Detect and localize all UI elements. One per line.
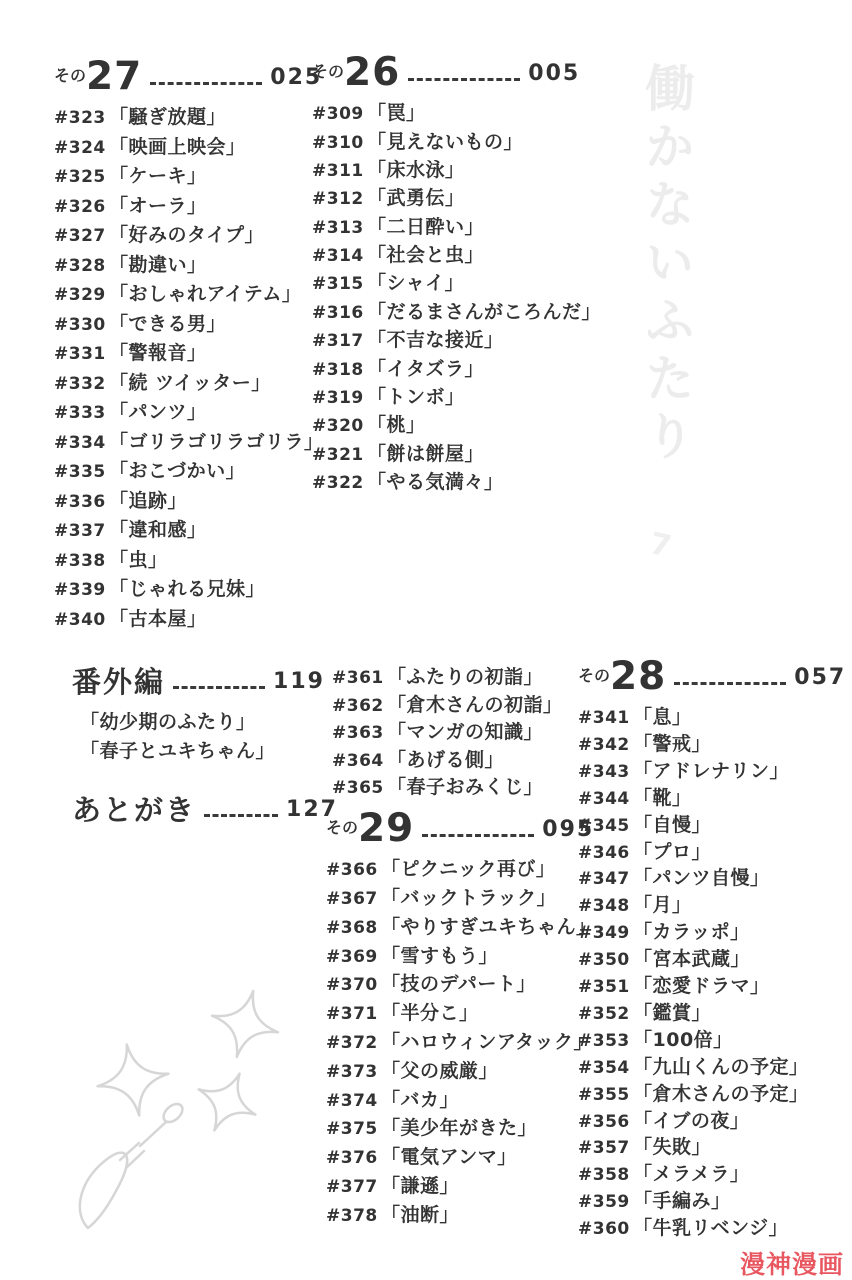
episode-row: #364 「あげる側」	[332, 745, 563, 773]
episode-row: #374 「バカ」	[326, 1085, 596, 1114]
episode-title: 「パンツ」	[109, 397, 207, 424]
shuriken-star-icon	[186, 1061, 268, 1143]
episode-row: #317 「不吉な接近」	[312, 325, 601, 353]
episode-row: #318 「イタズラ」	[312, 354, 601, 382]
episode-row: #332 「続 ツイッター」	[54, 368, 324, 398]
episode-row: #338 「虫」	[54, 545, 324, 575]
episode-title: 「虫」	[109, 545, 168, 572]
episode-number: #340	[54, 610, 109, 630]
episode-number: #312	[312, 189, 367, 209]
episode-title: 「オーラ」	[109, 191, 207, 218]
section-header: 番外編119	[72, 668, 325, 697]
chapter-number: 28	[610, 660, 666, 693]
episode-list: #366 「ピクニック再び」 #367 「バックトラック」 #368 「やりすぎ…	[326, 854, 596, 1228]
episode-number: #333	[54, 403, 109, 423]
section-header: その29095	[326, 812, 596, 845]
episode-number: #365	[332, 778, 387, 798]
episode-title: 「電気アンマ」	[381, 1142, 517, 1169]
episode-number: #368	[326, 918, 381, 938]
episode-title: 「ケーキ」	[109, 161, 207, 188]
episode-title: 「警報音」	[109, 338, 207, 365]
chapter-number: 29	[358, 812, 414, 845]
episode-title: 「バックトラック」	[381, 883, 556, 910]
dotted-leader	[204, 802, 278, 817]
episode-title: 「おしゃれアイテム」	[109, 279, 301, 306]
episode-title: 「美少年がきた」	[381, 1113, 537, 1140]
toc-page: 働かないふたり 7 その27025 #323 「騒ぎ放題」 #324 「映画上映…	[0, 0, 852, 1280]
episode-number: #314	[312, 246, 367, 266]
episode-number: #371	[326, 1004, 381, 1024]
episode-row: #330 「できる男」	[54, 309, 324, 339]
episode-number: #313	[312, 218, 367, 238]
episode-title: 「ピクニック再び」	[381, 854, 555, 881]
episode-row: #370 「技のデパート」	[326, 969, 596, 998]
episode-row: #361 「ふたりの初詣」	[332, 662, 563, 690]
episode-row: #354 「九山くんの予定」	[578, 1052, 846, 1079]
episode-row: #341 「息」	[578, 702, 846, 729]
episode-row: #345 「自慢」	[578, 810, 846, 837]
extras-page-number: 119	[273, 669, 325, 697]
episode-number: #367	[326, 889, 381, 909]
episode-number: #360	[578, 1219, 633, 1239]
episode-number: #318	[312, 360, 367, 380]
episode-row: #315 「シャイ」	[312, 268, 601, 296]
episode-number: #369	[326, 947, 381, 967]
extras-list: 「幼少期のふたり」 「春子とユキちゃん」	[80, 707, 325, 765]
section-chapter-26: その26005 #309 「罠」 #310 「見えないもの」 #311 「床水泳…	[312, 56, 601, 496]
episode-title: 「やりすぎユキちゃん」	[381, 912, 596, 939]
episode-number: #363	[332, 723, 387, 743]
episode-row: #313 「二日酔い」	[312, 212, 601, 240]
episode-number: #374	[326, 1091, 381, 1111]
episode-row: #328 「勘違い」	[54, 250, 324, 280]
episode-list: #309 「罠」 #310 「見えないもの」 #311 「床水泳」 #312 「…	[312, 98, 601, 495]
episode-title: 「自慢」	[633, 810, 711, 837]
episode-row: #356 「イブの夜」	[578, 1106, 846, 1133]
episode-title: 「イタズラ」	[367, 354, 484, 381]
episode-number: #310	[312, 133, 367, 153]
episode-number: #324	[54, 138, 109, 158]
episode-number: #329	[54, 285, 109, 305]
episode-number: #341	[578, 708, 633, 728]
episode-row: #375 「美少年がきた」	[326, 1113, 596, 1142]
episode-row: #327 「好みのタイプ」	[54, 220, 324, 250]
chapter-prefix: その	[312, 59, 344, 89]
episode-number: #315	[312, 274, 367, 294]
episode-number: #346	[578, 843, 633, 863]
episode-row: #326 「オーラ」	[54, 191, 324, 221]
episode-row: #311 「床水泳」	[312, 155, 601, 183]
episode-title: 「アドレナリン」	[633, 756, 789, 783]
episode-number: #356	[578, 1112, 633, 1132]
episode-title: 「靴」	[633, 783, 692, 810]
episode-title: 「騒ぎ放題」	[109, 102, 226, 129]
episode-title: 「マンガの知識」	[387, 717, 543, 744]
chapter-number: 27	[86, 60, 142, 93]
episode-title: 「カラッポ」	[633, 917, 750, 944]
episode-number: #322	[312, 473, 367, 493]
episode-number: #358	[578, 1165, 633, 1185]
episode-row: #352 「鑑賞」	[578, 998, 846, 1025]
dotted-leader	[173, 674, 265, 689]
section-extras: 番外編119 「幼少期のふたり」 「春子とユキちゃん」	[72, 668, 325, 765]
series-title-watermark: 働かないふたり	[630, 62, 702, 532]
episode-number: #359	[578, 1192, 633, 1212]
episode-number: #370	[326, 975, 381, 995]
episode-number: #309	[312, 104, 367, 124]
episode-title: 「映画上映会」	[109, 132, 246, 159]
episode-title: 「倉木さんの初詣」	[387, 690, 563, 717]
episode-list: #341 「息」 #342 「警戒」 #343 「アドレナリン」 #344 「靴…	[578, 702, 846, 1240]
episode-title: 「床水泳」	[367, 155, 465, 182]
episode-title: 「ハロウィンアタック」	[381, 1027, 593, 1054]
episode-title: 「追跡」	[109, 486, 187, 513]
episode-row: #323 「騒ぎ放題」	[54, 102, 324, 132]
episode-number: #337	[54, 521, 109, 541]
episode-number: #328	[54, 256, 109, 276]
episode-number: #334	[54, 433, 109, 453]
episode-title: 「あげる側」	[387, 745, 504, 772]
episode-number: #319	[312, 388, 367, 408]
episode-row: #373 「父の威厳」	[326, 1056, 596, 1085]
episode-row: #363 「マンガの知識」	[332, 717, 563, 745]
episode-number: #311	[312, 161, 367, 181]
episode-number: #372	[326, 1033, 381, 1053]
episode-row: #333 「パンツ」	[54, 397, 324, 427]
episode-title: 「九山くんの予定」	[633, 1052, 809, 1079]
episode-title: 「油断」	[381, 1200, 459, 1227]
episode-number: #325	[54, 167, 109, 187]
episode-row: #365 「春子おみくじ」	[332, 772, 563, 800]
episode-row: #368 「やりすぎユキちゃん」	[326, 912, 596, 941]
episode-row: #346 「プロ」	[578, 837, 846, 864]
episode-row: #347 「パンツ自慢」	[578, 863, 846, 890]
chapter-prefix: その	[54, 63, 86, 93]
episode-row: #367 「バックトラック」	[326, 883, 596, 912]
episode-number: #366	[326, 860, 381, 880]
episode-title: 「続 ツイッター」	[109, 368, 271, 395]
episode-title: 「好みのタイプ」	[109, 220, 264, 247]
episode-number: #326	[54, 197, 109, 217]
episode-title: 「じゃれる兄妹」	[109, 574, 265, 601]
episode-title: 「トンボ」	[367, 382, 465, 409]
episode-title: 「イブの夜」	[633, 1106, 749, 1133]
shuriken-star-icon	[91, 1038, 174, 1121]
extras-item-title: 「幼少期のふたり」	[80, 707, 325, 736]
episode-row: #312 「武勇伝」	[312, 183, 601, 211]
episode-row: #337 「違和感」	[54, 515, 324, 545]
episode-number: #376	[326, 1148, 381, 1168]
episode-title: 「餅は餅屋」	[367, 439, 484, 466]
episode-number: #350	[578, 950, 633, 970]
kunai-knife-icon	[80, 1100, 186, 1228]
episode-row: #339 「じゃれる兄妹」	[54, 574, 324, 604]
episode-title: 「鑑賞」	[633, 998, 711, 1025]
episode-title: 「違和感」	[109, 515, 207, 542]
episode-title: 「おこづかい」	[109, 456, 245, 483]
episode-row: #319 「トンボ」	[312, 382, 601, 410]
episode-title: 「月」	[633, 890, 692, 917]
episode-number: #338	[54, 551, 109, 571]
episode-row: #324 「映画上映会」	[54, 132, 324, 162]
episode-number: #332	[54, 374, 109, 394]
episode-row: #329 「おしゃれアイテム」	[54, 279, 324, 309]
chapter-number: 26	[344, 56, 400, 89]
episode-row: #348 「月」	[578, 890, 846, 917]
episode-row: #331 「警報音」	[54, 338, 324, 368]
episode-number: #349	[578, 923, 633, 943]
episode-number: #351	[578, 977, 633, 997]
episode-title: 「手編み」	[633, 1186, 731, 1213]
episode-number: #361	[332, 668, 387, 688]
episode-title: 「謙遜」	[381, 1171, 459, 1198]
episode-row: #349 「カラッポ」	[578, 917, 846, 944]
episode-title: 「見えないもの」	[367, 127, 523, 154]
episode-list: #323 「騒ぎ放題」 #324 「映画上映会」 #325 「ケーキ」 #326…	[54, 102, 324, 633]
episode-row: #321 「餅は餅屋」	[312, 439, 601, 467]
episode-row: #320 「桃」	[312, 410, 601, 438]
episode-number: #342	[578, 735, 633, 755]
episode-title: 「だるまさんがころんだ」	[367, 297, 601, 324]
episode-number: #348	[578, 896, 633, 916]
episode-title: 「半分こ」	[381, 998, 479, 1025]
episode-row: #350 「宮本武蔵」	[578, 944, 846, 971]
episode-title: 「パンツ自慢」	[633, 863, 770, 890]
episode-number: #330	[54, 315, 109, 335]
episode-title: 「ゴリラゴリラゴリラ」	[109, 427, 324, 454]
episode-title: 「牛乳リベンジ」	[633, 1213, 788, 1240]
episode-row: #322 「やる気満々」	[312, 467, 601, 495]
episode-row: #358 「メラメラ」	[578, 1159, 846, 1186]
section-chapter-27: その27025 #323 「騒ぎ放題」 #324 「映画上映会」 #325 「ケ…	[54, 60, 324, 633]
episode-number: #345	[578, 816, 633, 836]
episode-title: 「古本屋」	[109, 604, 207, 631]
episode-row: #325 「ケーキ」	[54, 161, 324, 191]
episode-title: 「ふたりの初詣」	[387, 662, 543, 689]
episode-number: #331	[54, 344, 109, 364]
episode-row: #359 「手編み」	[578, 1186, 846, 1213]
episode-title: 「シャイ」	[367, 268, 464, 295]
episode-title: 「罠」	[367, 98, 426, 125]
episode-title: 「できる男」	[109, 309, 226, 336]
section-header: その28057	[578, 660, 846, 693]
episode-row: #372 「ハロウィンアタック」	[326, 1027, 596, 1056]
episode-title: 「勘違い」	[109, 250, 207, 277]
chapter-prefix: その	[578, 663, 610, 693]
section-header: あとがき127	[72, 796, 338, 825]
chapter-page-number: 005	[528, 61, 580, 89]
episode-row: #362 「倉木さんの初詣」	[332, 690, 563, 718]
episode-title: 「春子おみくじ」	[387, 772, 543, 799]
episode-row: #314 「社会と虫」	[312, 240, 601, 268]
chapter-prefix: その	[326, 815, 358, 845]
episode-row: #377 「謙遜」	[326, 1171, 596, 1200]
section-afterword: あとがき127	[72, 796, 338, 825]
episode-title: 「父の威厳」	[381, 1056, 498, 1083]
episode-title: 「息」	[633, 702, 692, 729]
doodles-svg	[60, 952, 320, 1242]
episode-row: #378 「油断」	[326, 1200, 596, 1229]
episode-title: 「武勇伝」	[367, 183, 465, 210]
dotted-leader	[422, 822, 534, 837]
extras-title: 番外編	[72, 668, 165, 697]
shuriken-star-icon	[204, 983, 286, 1065]
episode-number: #321	[312, 445, 367, 465]
dotted-leader	[150, 70, 262, 85]
episode-row: #357 「失敗」	[578, 1132, 846, 1159]
episode-row: #376 「電気アンマ」	[326, 1142, 596, 1171]
episode-title: 「技のデパート」	[381, 969, 536, 996]
episode-title: 「倉木さんの予定」	[633, 1079, 809, 1106]
episode-number: #320	[312, 416, 367, 436]
episode-number: #355	[578, 1085, 633, 1105]
episode-row: #351 「恋愛ドラマ」	[578, 971, 846, 998]
episode-number: #375	[326, 1119, 381, 1139]
episode-number: #352	[578, 1004, 633, 1024]
section-chapter-28: その28057 #341 「息」 #342 「警戒」 #343 「アドレナリン」	[578, 660, 846, 1240]
episode-title: 「恋愛ドラマ」	[633, 971, 770, 998]
doodle-sketch-group	[60, 952, 320, 1242]
afterword-title: あとがき	[72, 796, 196, 825]
episode-row: #309 「罠」	[312, 98, 601, 126]
episode-row: #340 「古本屋」	[54, 604, 324, 634]
episode-row: #316 「だるまさんがころんだ」	[312, 297, 601, 325]
extras-item-title: 「春子とユキちゃん」	[80, 736, 325, 765]
episode-number: #335	[54, 462, 109, 482]
dotted-leader	[674, 670, 786, 685]
episode-title: 「二日酔い」	[367, 212, 484, 239]
episode-title: 「プロ」	[633, 837, 711, 864]
episode-row: #334 「ゴリラゴリラゴリラ」	[54, 427, 324, 457]
episode-number: #353	[578, 1031, 633, 1051]
episode-title: 「不吉な接近」	[367, 325, 504, 352]
episode-row: #366 「ピクニック再び」	[326, 854, 596, 883]
episode-title: 「宮本武蔵」	[633, 944, 750, 971]
episode-title: 「警戒」	[633, 729, 711, 756]
episode-number: #344	[578, 789, 633, 809]
episode-title: 「社会と虫」	[367, 240, 484, 267]
episode-title: 「雪すもう」	[381, 941, 498, 968]
section-header: その26005	[312, 56, 601, 89]
section-chapter-28-continued: #361 「ふたりの初詣」 #362 「倉木さんの初詣」 #363 「マンガの知…	[332, 662, 563, 800]
episode-number: #354	[578, 1058, 633, 1078]
episode-row: #310 「見えないもの」	[312, 127, 601, 155]
episode-number: #339	[54, 580, 109, 600]
episode-number: #316	[312, 303, 367, 323]
episode-number: #317	[312, 331, 367, 351]
episode-row: #355 「倉木さんの予定」	[578, 1079, 846, 1106]
chapter-page-number: 057	[794, 665, 846, 693]
episode-row: #344 「靴」	[578, 783, 846, 810]
episode-title: 「バカ」	[381, 1085, 459, 1112]
episode-number: #377	[326, 1177, 381, 1197]
episode-number: #362	[332, 696, 387, 716]
episode-title: 「失敗」	[633, 1132, 711, 1159]
section-chapter-29: その29095 #366 「ピクニック再び」 #367 「バックトラック」 #3…	[326, 812, 596, 1229]
episode-title: 「メラメラ」	[633, 1159, 749, 1186]
episode-number: #373	[326, 1062, 381, 1082]
episode-number: #343	[578, 762, 633, 782]
episode-row: #360 「牛乳リベンジ」	[578, 1213, 846, 1240]
episode-row: #343 「アドレナリン」	[578, 756, 846, 783]
section-header: その27025	[54, 60, 324, 93]
episode-row: #353 「100倍」	[578, 1025, 846, 1052]
episode-list: #361 「ふたりの初詣」 #362 「倉木さんの初詣」 #363 「マンガの知…	[332, 662, 563, 800]
episode-number: #357	[578, 1138, 633, 1158]
episode-number: #378	[326, 1206, 381, 1226]
dotted-leader	[408, 66, 520, 81]
episode-number: #364	[332, 751, 387, 771]
episode-row: #369 「雪すもう」	[326, 941, 596, 970]
episode-row: #335 「おこづかい」	[54, 456, 324, 486]
episode-number: #347	[578, 869, 633, 889]
episode-title: 「100倍」	[633, 1025, 733, 1052]
episode-title: 「桃」	[367, 410, 426, 437]
episode-number: #336	[54, 492, 109, 512]
episode-number: #327	[54, 226, 109, 246]
episode-row: #342 「警戒」	[578, 729, 846, 756]
episode-number: #323	[54, 108, 109, 128]
episode-row: #336 「追跡」	[54, 486, 324, 516]
publisher-watermark: 漫神漫画	[740, 1245, 844, 1280]
episode-row: #371 「半分こ」	[326, 998, 596, 1027]
episode-title: 「やる気満々」	[367, 467, 504, 494]
